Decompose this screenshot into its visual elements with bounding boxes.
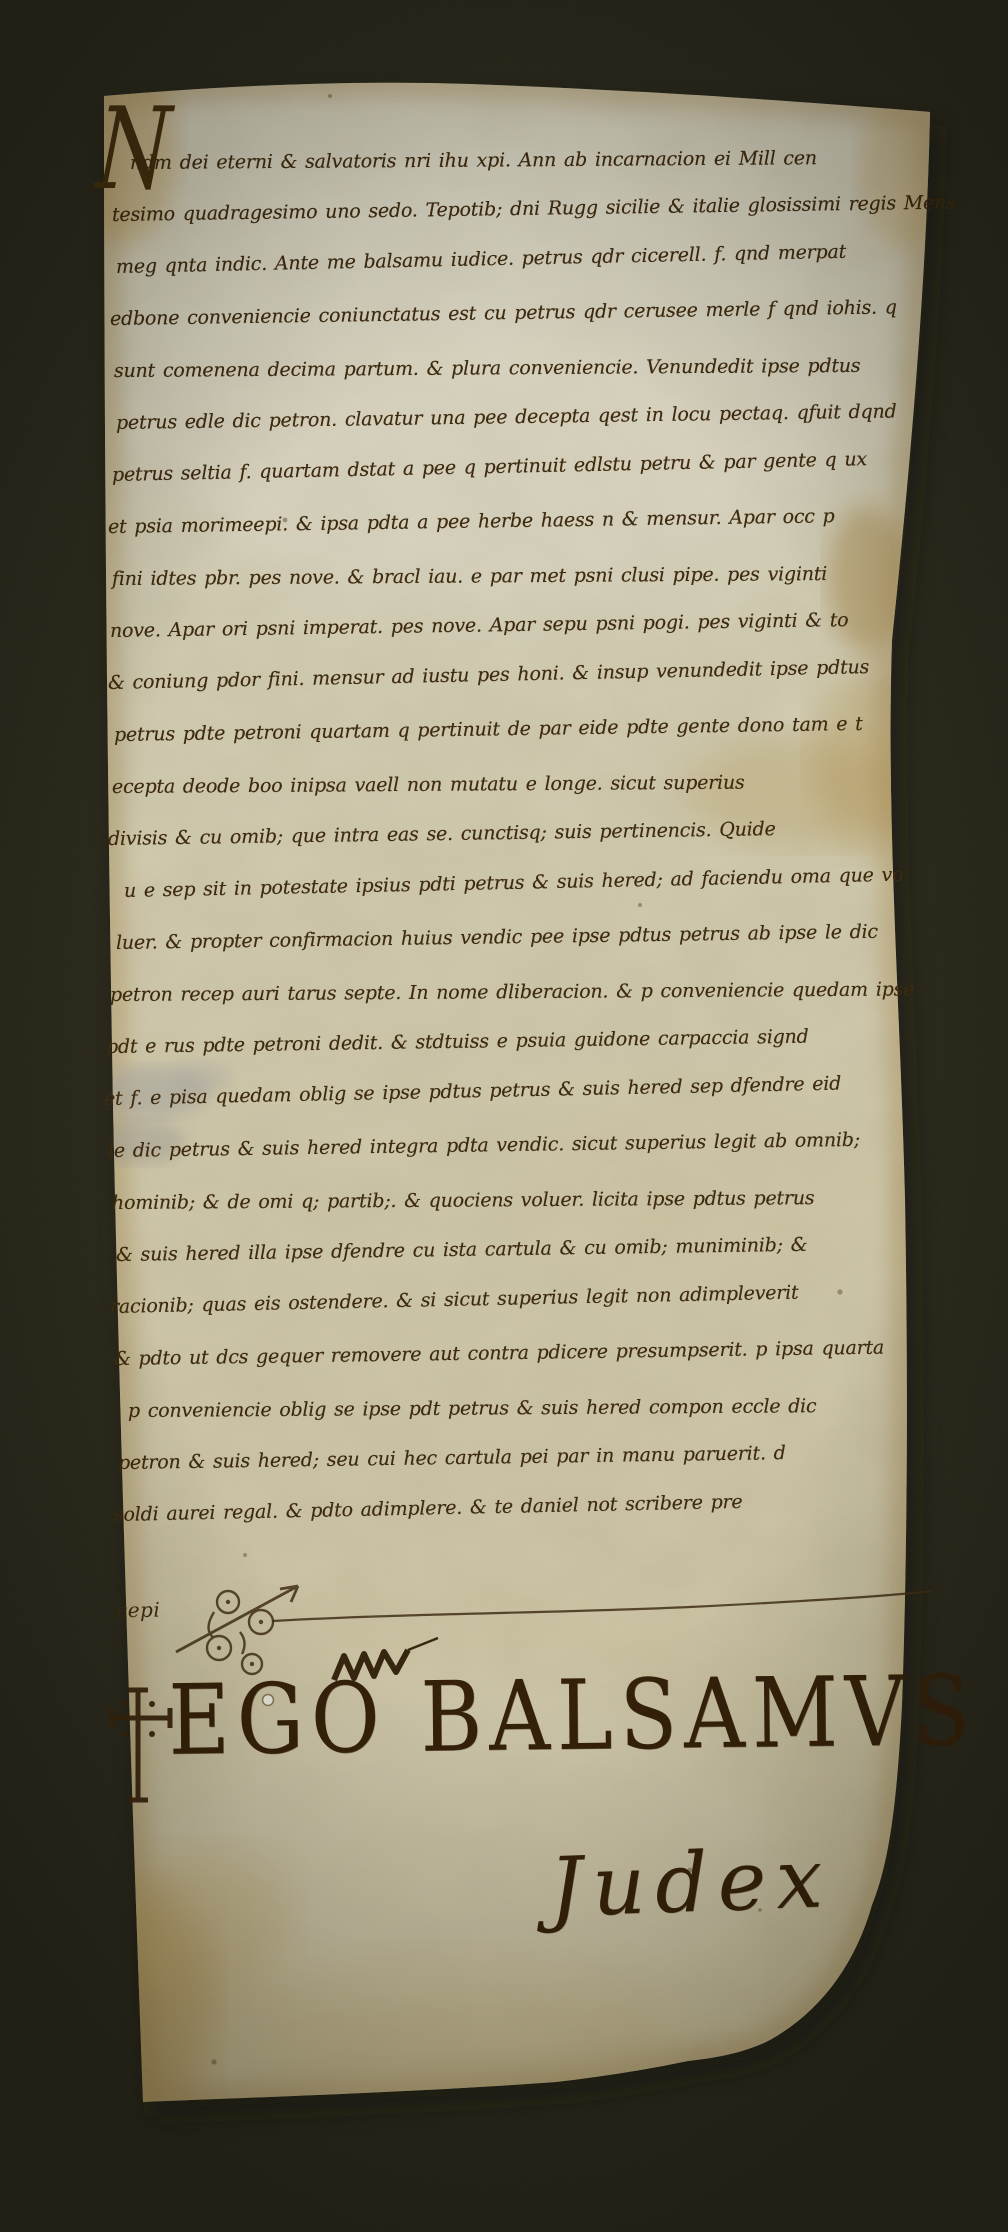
text-line: et psia morimeepi. & ipsa pdta a pee her…: [108, 505, 835, 538]
text-line: petrus edle dic petron. clavatur una pee…: [116, 400, 897, 434]
text-line: racionib; quas eis ostendere. & si sicut…: [110, 1282, 799, 1318]
text-line: u e sep sit in potestate ipsius pdti pet…: [124, 864, 904, 902]
text-line: & suis hered illa ipse dfendre cu ista c…: [116, 1234, 808, 1266]
manuscript-text: N ndm dei eterni & salvatoris nri ihu xp…: [0, 0, 1008, 2232]
text-line: le dic petrus & suis hered integra pdta …: [108, 1129, 860, 1162]
text-line: sunt comenena decima partum. & plura con…: [114, 355, 861, 382]
signature-name: EGO BALSAMVS: [168, 1662, 977, 1768]
text-line: tesimo quadragesimo uno sedo. Tepotib; d…: [112, 191, 956, 226]
text-line: hominib; & de omi q; partib;. & quociens…: [112, 1187, 815, 1214]
signature-title: Judex: [548, 1838, 834, 1930]
text-line: fini idtes pbr. pes nove. & bracl iau. e…: [112, 563, 827, 590]
text-line: & pdto ut dcs gequer removere aut contra…: [114, 1337, 884, 1370]
text-line: & coniung pdor fini. mensur ad iustu pes…: [108, 656, 870, 694]
manuscript-photo: N ndm dei eterni & salvatoris nri ihu xp…: [0, 0, 1008, 2232]
text-line: ndm dei eterni & salvatoris nri ihu xpi.…: [130, 147, 817, 174]
text-line: petron recep auri tarus septe. In nome d…: [110, 978, 914, 1006]
text-line: nove. Apar ori psni imperat. pes nove. A…: [110, 609, 849, 642]
text-line: luer. & propter confirmacion huius vendi…: [116, 921, 878, 954]
text-line: divisis & cu omib; que intra eas se. cun…: [108, 818, 776, 850]
text-line: meg qnta indic. Ante me balsamu iudice. …: [116, 241, 847, 278]
opening-initial: N: [94, 92, 173, 205]
text-line: petrus seltia f. quartam dstat a pee q p…: [112, 448, 867, 486]
text-line: ecepta deode boo inipsa vaell non mutatu…: [112, 772, 745, 798]
text-line: petron & suis hered; seu cui hec cartula…: [118, 1442, 786, 1474]
text-line: pdt e rus pdte petroni dedit. & stdtuiss…: [106, 1026, 809, 1058]
text-line: petrus pdte petroni quartam q pertinuit …: [114, 713, 863, 746]
text-line: soldi aurei regal. & pdto adimplere. & t…: [114, 1491, 743, 1526]
text-line: et f. e pisa quedam oblig se ipse pdtus …: [104, 1073, 842, 1110]
text-line: p conveniencie oblig se ipse pdt petrus …: [128, 1395, 817, 1422]
closing-word: cepi: [116, 1598, 161, 1623]
text-line: edbone conveniencie coniunctatus est cu …: [110, 296, 897, 330]
